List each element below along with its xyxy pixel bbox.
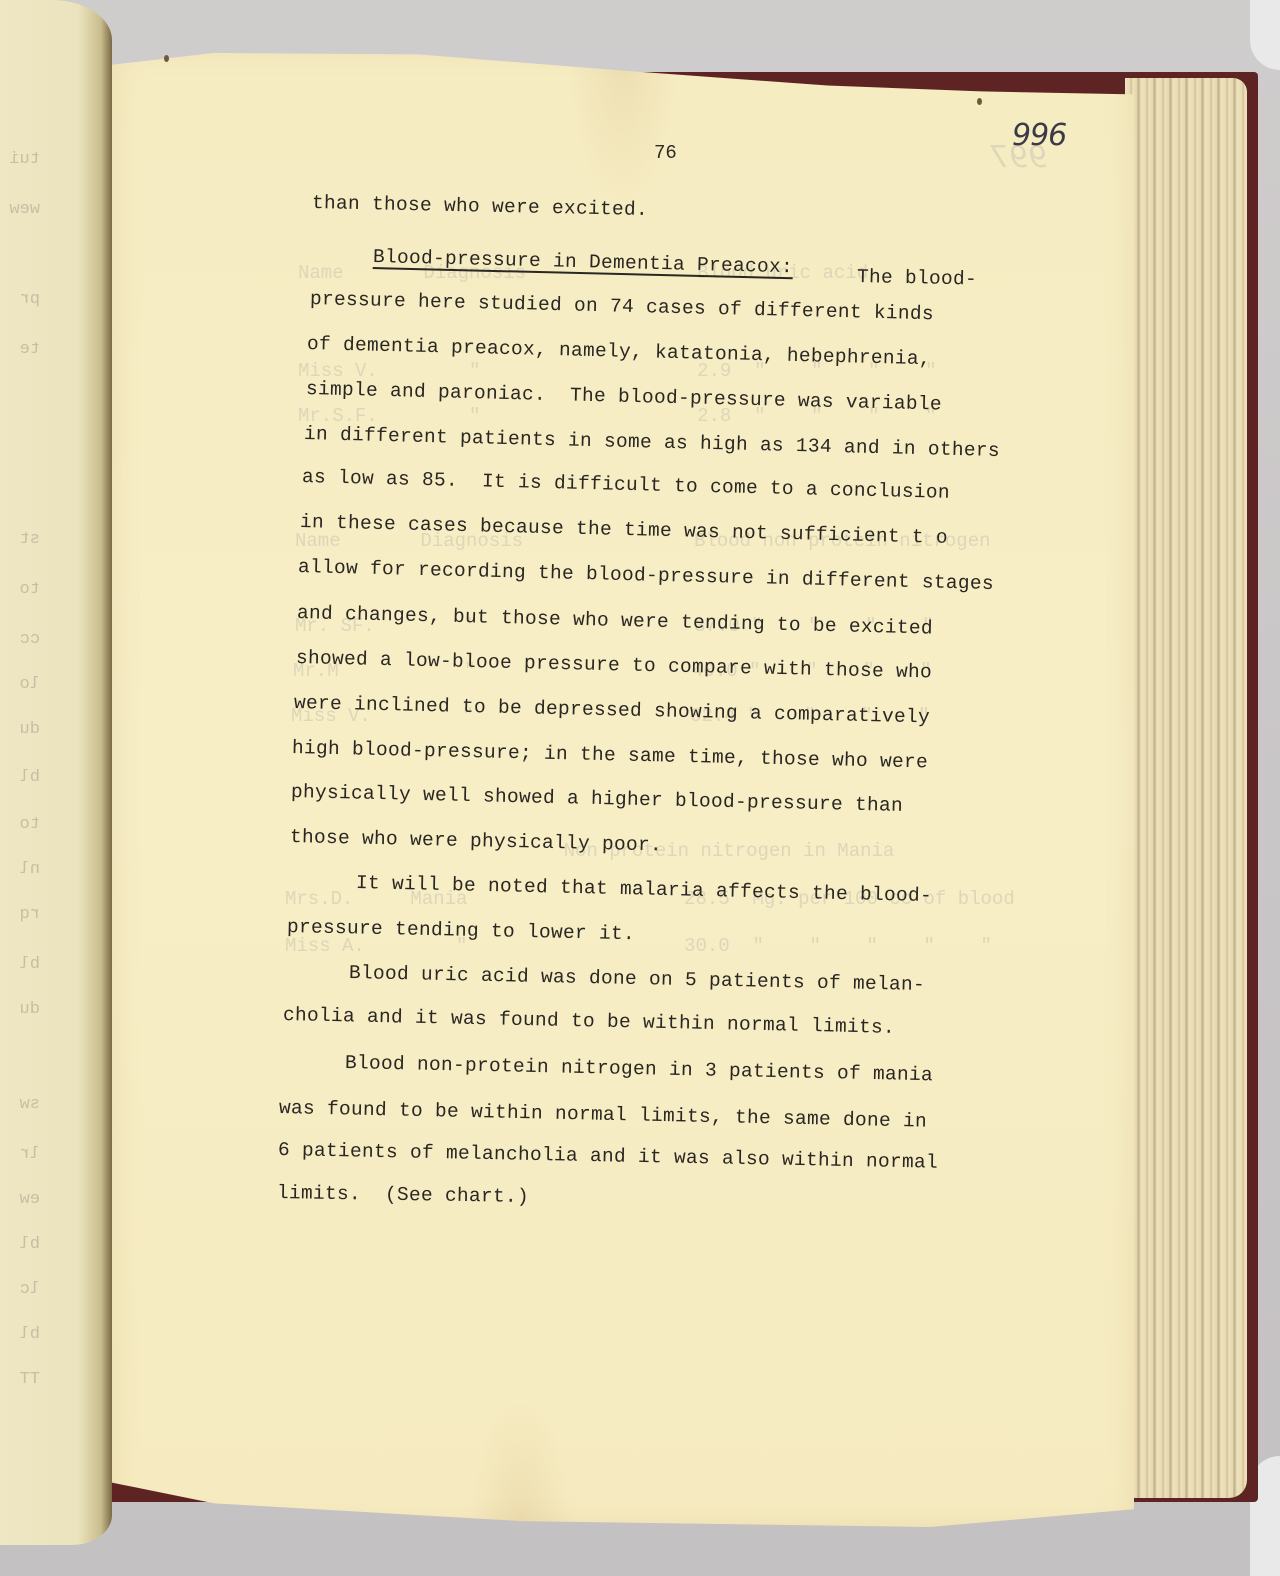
left-page-ghost-text: pr: [0, 290, 40, 309]
left-page-ghost-text: to: [0, 580, 40, 599]
left-page-ghost-text: wew: [0, 200, 40, 219]
left-page-ghost-text: to: [0, 815, 40, 834]
punch-hole: [977, 98, 982, 105]
left-page-ghost-text: nl: [0, 860, 40, 879]
left-page-ghost-text: bl: [0, 1325, 40, 1344]
left-page-ghost-text: lr: [0, 1145, 40, 1164]
left-page-ghost-text: lc: [0, 1280, 40, 1299]
page-number: 76: [654, 142, 677, 164]
archive-number-handwritten: 996: [1012, 118, 1066, 153]
left-page: tuiwewprtesttocclodubltonlrqblduswlrewbl…: [0, 0, 112, 1545]
text-line: limits. (See chart.): [277, 1182, 529, 1208]
left-page-ghost-text: bl: [0, 955, 40, 974]
left-page-ghost-text: du: [0, 720, 40, 739]
left-page-ghost-text: cc: [0, 630, 40, 649]
left-page-ghost-text: te: [0, 340, 40, 359]
left-page-ghost-text: sw: [0, 1095, 40, 1114]
left-page-ghost-text: TT: [0, 1370, 40, 1389]
left-page-ghost-text: bl: [0, 1235, 40, 1254]
left-page-ghost-text: tui: [0, 150, 40, 169]
punch-hole: [164, 55, 169, 62]
left-page-ghost-text: lo: [0, 675, 40, 694]
left-page-ghost-text: bl: [0, 768, 40, 787]
left-page-ghost-text: rq: [0, 905, 40, 924]
left-page-ghost-text: du: [0, 1000, 40, 1019]
left-page-ghost-text: ew: [0, 1190, 40, 1209]
text-line: The blood-: [857, 266, 977, 291]
left-page-ghost-text: st: [0, 530, 40, 549]
page-stack-edges: [1125, 78, 1247, 1498]
